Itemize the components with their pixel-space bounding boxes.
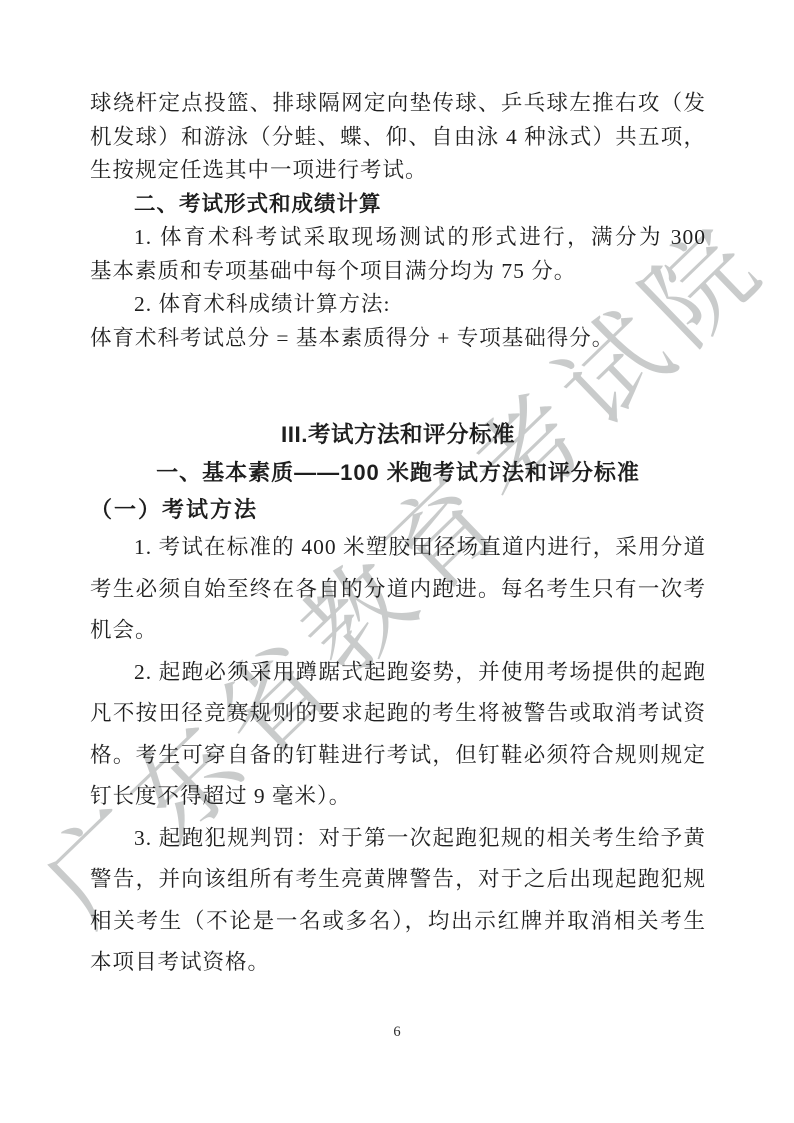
method-p1-line: 1. 考试在标准的 400 米塑胶田径场直道内进行，采用分道跑，	[90, 527, 706, 569]
section2-item1-line: 1. 体育术科考试采取现场测试的形式进行，满分为 300 分，	[90, 221, 706, 255]
method-heading: （一）考试方法	[90, 491, 706, 528]
section2-heading: 二、考试形式和成绩计算	[90, 188, 706, 222]
lower-text-block: 1. 考试在标准的 400 米塑胶田径场直道内进行，采用分道跑， 考生必须自始至…	[90, 527, 706, 984]
document-page: 广东省教育考试院 球绕杆定点投篮、排球隔网定向垫传球、乒乓球左推右攻（发球 机发…	[0, 0, 794, 1123]
method-p2-line: 钉长度不得超过 9 毫米）。	[90, 776, 706, 818]
method-p3-line: 3. 起跑犯规判罚：对于第一次起跑犯规的相关考生给予黄牌	[90, 818, 706, 860]
section3-subtitle: 一、基本素质——100 米跑考试方法和评分标准	[90, 454, 706, 491]
method-p1-line: 机会。	[90, 610, 706, 652]
method-p1-line: 考生必须自始至终在各自的分道内跑进。每名考生只有一次考试	[90, 569, 706, 611]
upper-text-block: 球绕杆定点投篮、排球隔网定向垫传球、乒乓球左推右攻（发球 机发球）和游泳（分蛙、…	[90, 87, 706, 355]
method-p3-line: 相关考生（不论是一名或多名），均出示红牌并取消相关考生的	[90, 901, 706, 943]
page-number: 6	[0, 1022, 794, 1042]
section3-headings: III.考试方法和评分标准 一、基本素质——100 米跑考试方法和评分标准 （一…	[90, 415, 706, 528]
score-formula: 体育术科考试总分 = 基本素质得分 + 专项基础得分。	[90, 322, 706, 356]
method-p2-line: 2. 起跑必须采用蹲踞式起跑姿势，并使用考场提供的起跑器。	[90, 652, 706, 694]
method-p2-line: 凡不按田径竞赛规则的要求起跑的考生将被警告或取消考试资	[90, 693, 706, 735]
section3-title: III.考试方法和评分标准	[90, 415, 706, 454]
method-p3-line: 警告，并向该组所有考生亮黄牌警告，对于之后出现起跑犯规的	[90, 859, 706, 901]
intro-paragraph-line: 球绕杆定点投篮、排球隔网定向垫传球、乒乓球左推右攻（发球	[90, 87, 706, 121]
method-p2-line: 格。考生可穿自备的钉鞋进行考试，但钉鞋必须符合规则规定（鞋	[90, 735, 706, 777]
section2-item2-line: 2. 体育术科成绩计算方法:	[90, 288, 706, 322]
method-p3-line: 本项目考试资格。	[90, 942, 706, 984]
section2-item1-line: 基本素质和专项基础中每个项目满分均为 75 分。	[90, 255, 706, 289]
intro-paragraph-line: 机发球）和游泳（分蛙、蝶、仰、自由泳 4 种泳式）共五项，考	[90, 121, 706, 155]
intro-paragraph-line: 生按规定任选其中一项进行考试。	[90, 154, 706, 188]
